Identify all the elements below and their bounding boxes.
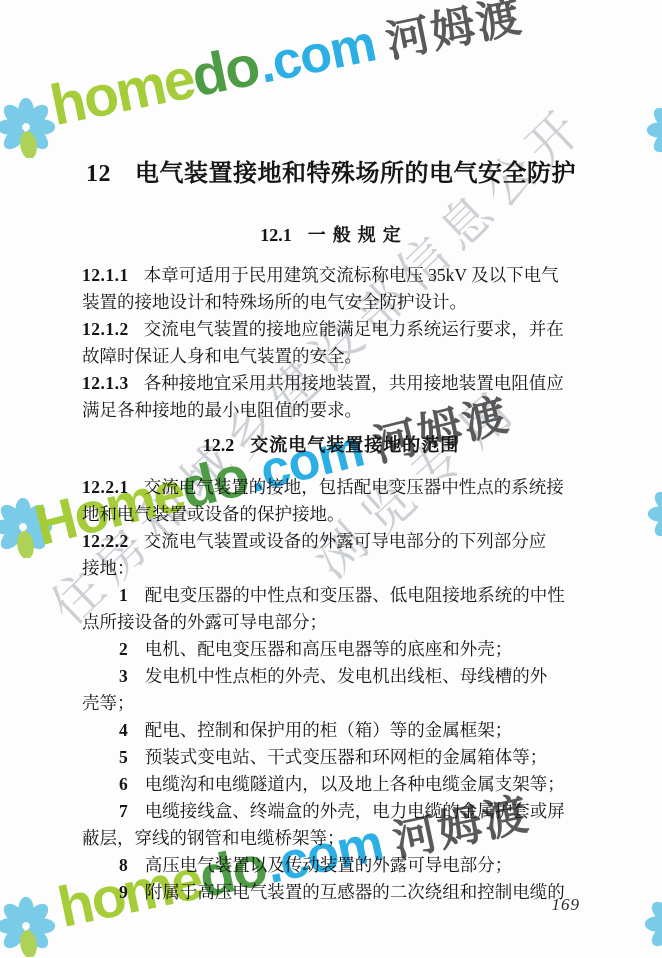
body-line: 装置的接地设计和特殊场所的电气安全防护设计。 <box>82 289 580 316</box>
item-number: 6 <box>119 774 128 794</box>
section-heading-12-1: 12.1一 般 规 定 <box>82 222 580 248</box>
list-item: 4配电、控制和保护用的柜（箱）等的金属框架； <box>82 717 580 744</box>
body-text: 附属于高压电气装置的互感器的二次绕组和控制电缆的 <box>145 882 565 902</box>
body-text: 交流电气装置的接地应能满足电力系统运行要求，并在 <box>144 319 564 339</box>
scanned-document-page: 住房和城乡建设部信息公开 浏览专用 <box>0 0 662 958</box>
chapter-title: 12电气装置接地和特殊场所的电气安全防护 <box>82 158 580 190</box>
item-number: 8 <box>119 855 128 875</box>
clause-number: 12.1.3 <box>82 373 129 393</box>
body-line: 满足各种接地的最小电阻值的要求。 <box>82 397 580 424</box>
body-text: 配电变压器的中性点和变压器、低电阻接地系统的中性 <box>145 585 565 605</box>
section-title-text: 一 般 规 定 <box>308 225 402 245</box>
body-line: 地和电气装置或设备的保护接地。 <box>82 501 580 528</box>
section-title-text: 交流电气装置接地的范围 <box>250 435 459 455</box>
body-line: 壳等； <box>82 690 580 717</box>
body-line: 12.1.3各种接地宜采用共用接地装置，共用接地装置电阻值应 <box>82 370 580 397</box>
body-text: 故障时保证人身和电气装置的安全。 <box>82 346 362 366</box>
body-line: 点所接设备的外露可导电部分； <box>82 609 580 636</box>
body-text: 装置的接地设计和特殊场所的电气安全防护设计。 <box>82 292 467 312</box>
body-text: 本章可适用于民用建筑交流标称电压 35kV 及以下电气 <box>144 265 559 285</box>
body-text: 发电机中性点柜的外壳、发电机出线柜、母线槽的外 <box>145 666 548 686</box>
clause-number: 12.2.2 <box>82 531 129 551</box>
document-content: 12电气装置接地和特殊场所的电气安全防护 12.1一 般 规 定 12.1.1本… <box>82 0 580 906</box>
body-line: 蔽层，穿线的钢管和电缆桥架等； <box>82 825 580 852</box>
body-text: 点所接设备的外露可导电部分； <box>82 612 327 632</box>
section-number: 12.1 <box>260 225 292 245</box>
body-text: 接地： <box>82 558 135 578</box>
homedo-flower-icon <box>0 895 57 957</box>
list-item: 3发电机中性点柜的外壳、发电机出线柜、母线槽的外 <box>82 663 580 690</box>
item-number: 5 <box>119 747 128 767</box>
chapter-number: 12 <box>86 161 111 187</box>
item-number: 1 <box>119 585 128 605</box>
item-number: 2 <box>119 639 128 659</box>
body-text: 满足各种接地的最小电阻值的要求。 <box>82 400 362 420</box>
body-text: 电机、配电变压器和高压电器等的底座和外壳； <box>145 639 513 659</box>
item-number: 4 <box>119 720 128 740</box>
clause-number: 12.2.1 <box>82 477 129 497</box>
clause-number: 12.1.2 <box>82 319 129 339</box>
homedo-flower-icon <box>0 96 57 158</box>
body-text: 交流电气装置的接地，包括配电变压器中性点的系统接 <box>144 477 564 497</box>
body-text: 蔽层，穿线的钢管和电缆桥架等； <box>82 828 345 848</box>
body-text: 壳等； <box>82 693 135 713</box>
body-text: 配电、控制和保护用的柜（箱）等的金属框架； <box>145 720 513 740</box>
body-text: 电缆接线盒、终端盒的外壳，电力电缆的金属护套或屏 <box>145 801 565 821</box>
item-number: 7 <box>119 801 128 821</box>
body-text: 地和电气装置或设备的保护接地。 <box>82 504 345 524</box>
body-line: 接地： <box>82 555 580 582</box>
body-line: 12.2.1交流电气装置的接地，包括配电变压器中性点的系统接 <box>82 474 580 501</box>
list-item: 9附属于高压电气装置的互感器的二次绕组和控制电缆的 <box>82 879 580 906</box>
body-text: 电缆沟和电缆隧道内，以及地上各种电缆金属支架等； <box>145 774 565 794</box>
body-text: 交流电气装置或设备的外露可导电部分的下列部分应 <box>144 531 547 551</box>
list-item: 2电机、配电变压器和高压电器等的底座和外壳； <box>82 636 580 663</box>
list-item: 6电缆沟和电缆隧道内，以及地上各种电缆金属支架等； <box>82 771 580 798</box>
chapter-title-text: 电气装置接地和特殊场所的电气安全防护 <box>135 161 576 187</box>
body-line: 12.1.1本章可适用于民用建筑交流标称电压 35kV 及以下电气 <box>82 262 580 289</box>
section-number: 12.2 <box>203 435 235 455</box>
body-line: 12.1.2交流电气装置的接地应能满足电力系统运行要求，并在 <box>82 316 580 343</box>
list-item: 8高压电气装置以及传动装置的外露可导电部分； <box>82 852 580 879</box>
body-text: 各种接地宜采用共用接地装置，共用接地装置电阻值应 <box>144 373 564 393</box>
homedo-flower-icon <box>643 893 662 955</box>
section-heading-12-2: 12.2交流电气装置接地的范围 <box>82 432 580 458</box>
body-text: 高压电气装置以及传动装置的外露可导电部分； <box>145 855 513 875</box>
body-line: 12.2.2交流电气装置或设备的外露可导电部分的下列部分应 <box>82 528 580 555</box>
page-number: 169 <box>552 895 581 915</box>
body-text: 预装式变电站、干式变压器和环网柜的金属箱体等； <box>145 747 548 767</box>
list-item: 7电缆接线盒、终端盒的外壳，电力电缆的金属护套或屏 <box>82 798 580 825</box>
body-line: 故障时保证人身和电气装置的安全。 <box>82 343 580 370</box>
homedo-flower-icon <box>645 99 662 161</box>
item-number: 3 <box>119 666 128 686</box>
item-number: 9 <box>119 882 128 902</box>
homedo-flower-icon <box>646 483 662 545</box>
list-item: 1配电变压器的中性点和变压器、低电阻接地系统的中性 <box>82 582 580 609</box>
list-item: 5预装式变电站、干式变压器和环网柜的金属箱体等； <box>82 744 580 771</box>
clause-number: 12.1.1 <box>82 265 129 285</box>
